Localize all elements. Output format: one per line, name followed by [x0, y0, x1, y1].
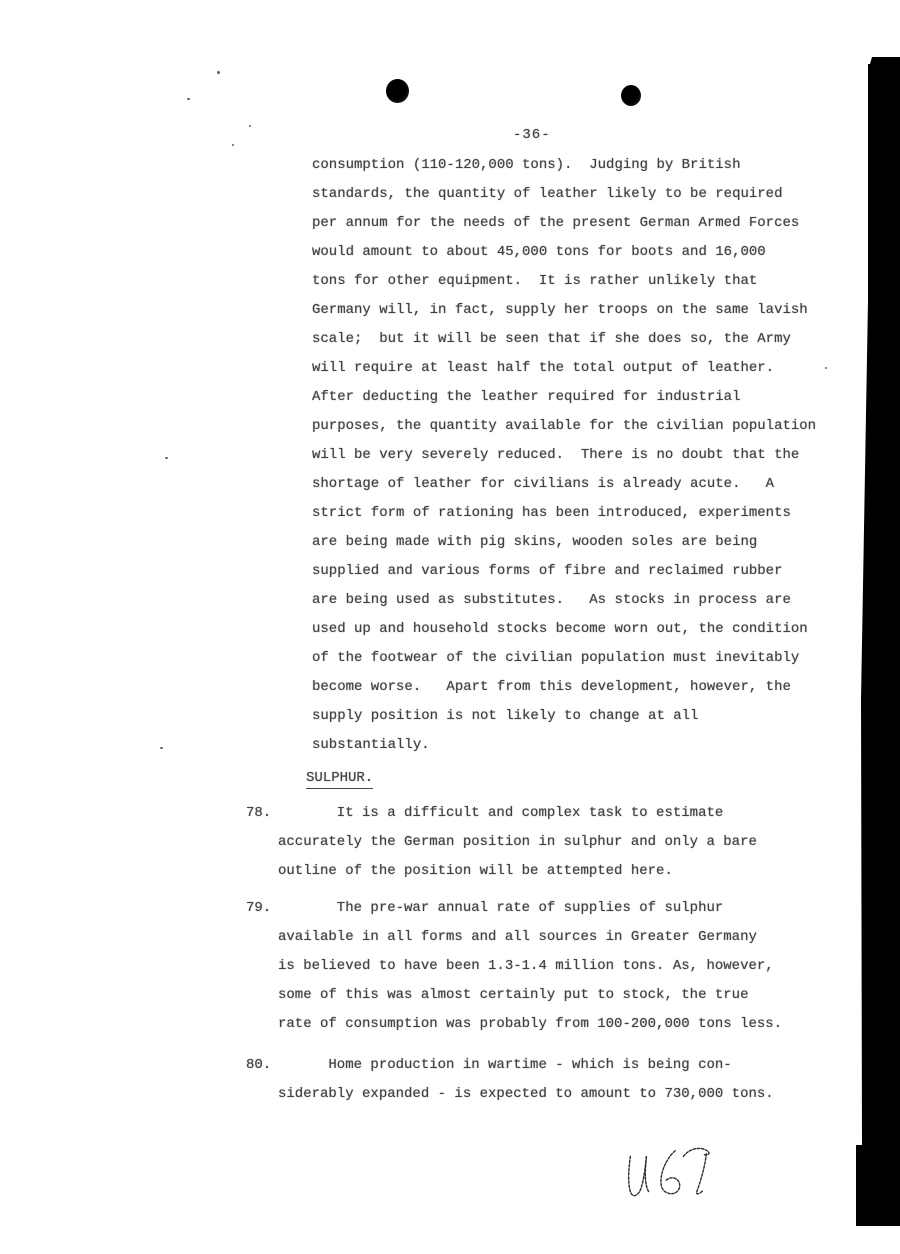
text-line: of the footwear of the civilian populati… [312, 644, 816, 673]
sulphur-heading-wrap: SULPHUR. [306, 769, 373, 789]
text-line: Germany will, in fact, supply her troops… [312, 296, 816, 325]
text-line: would amount to about 45,000 tons for bo… [312, 238, 816, 267]
text-line: some of this was almost certainly put to… [278, 981, 782, 1010]
text-line: per annum for the needs of the present G… [312, 209, 816, 238]
text-line: used up and household stocks become worn… [312, 615, 816, 644]
hole-punch-mark-right [621, 85, 641, 106]
text-line: available in all forms and all sources i… [278, 923, 782, 952]
text-line: tons for other equipment. It is rather u… [312, 267, 816, 296]
text-line: shortage of leather for civilians is alr… [312, 470, 816, 499]
paragraph-80: 80. Home production in wartime - which i… [246, 1051, 774, 1109]
text-line: substantially. [312, 731, 816, 760]
paragraph-lines: The pre-war annual rate of supplies of s… [278, 894, 782, 1039]
scan-speck [249, 125, 251, 127]
text-line: will be very severely reduced. There is … [312, 441, 816, 470]
paragraph-78: 78. It is a difficult and complex task t… [246, 799, 757, 886]
paragraph-lines: Home production in wartime - which is be… [278, 1051, 774, 1109]
text-line: are being made with pig skins, wooden so… [312, 528, 816, 557]
text-line: consumption (110-120,000 tons). Judging … [312, 151, 816, 180]
text-line: is believed to have been 1.3-1.4 million… [278, 952, 782, 981]
text-line: rate of consumption was probably from 10… [278, 1010, 782, 1039]
paragraph-number: 79. [246, 894, 271, 923]
text-line: standards, the quantity of leather likel… [312, 180, 816, 209]
text-line: scale; but it will be seen that if she d… [312, 325, 816, 354]
paragraph-number: 80. [246, 1051, 271, 1080]
document-page: -36- consumption (110-120,000 tons). Jud… [0, 0, 900, 1254]
text-line: will require at least half the total out… [312, 354, 816, 383]
scan-edge-artifact-bar [856, 57, 900, 1226]
scan-speck [825, 367, 827, 369]
scan-speck [187, 98, 190, 100]
page-number: -36- [513, 126, 551, 144]
scan-speck [232, 144, 234, 146]
text-line: become worse. Apart from this developmen… [312, 673, 816, 702]
text-line: supplied and various forms of fibre and … [312, 557, 816, 586]
scan-speck [217, 71, 220, 74]
handwritten-annotation-u67 [613, 1139, 723, 1207]
text-line: After deducting the leather required for… [312, 383, 816, 412]
text-line: siderably expanded - is expected to amou… [278, 1080, 774, 1109]
scan-speck [165, 457, 168, 459]
paragraph-79: 79. The pre-war annual rate of supplies … [246, 894, 782, 1039]
text-line: Home production in wartime - which is be… [278, 1051, 774, 1080]
text-line: outline of the position will be attempte… [278, 857, 757, 886]
body-text-leather-continuation: consumption (110-120,000 tons). Judging … [312, 151, 816, 760]
hole-punch-mark-left [386, 79, 409, 103]
text-line: supply position is not likely to change … [312, 702, 816, 731]
text-line: purposes, the quantity available for the… [312, 412, 816, 441]
text-line: are being used as substitutes. As stocks… [312, 586, 816, 615]
paragraph-lines: It is a difficult and complex task to es… [278, 799, 757, 886]
scan-speck [160, 747, 163, 749]
text-line: It is a difficult and complex task to es… [278, 799, 757, 828]
paragraph-number: 78. [246, 799, 271, 828]
text-line: The pre-war annual rate of supplies of s… [278, 894, 782, 923]
text-line: accurately the German position in sulphu… [278, 828, 757, 857]
section-heading: SULPHUR. [306, 769, 373, 789]
text-line: strict form of rationing has been introd… [312, 499, 816, 528]
